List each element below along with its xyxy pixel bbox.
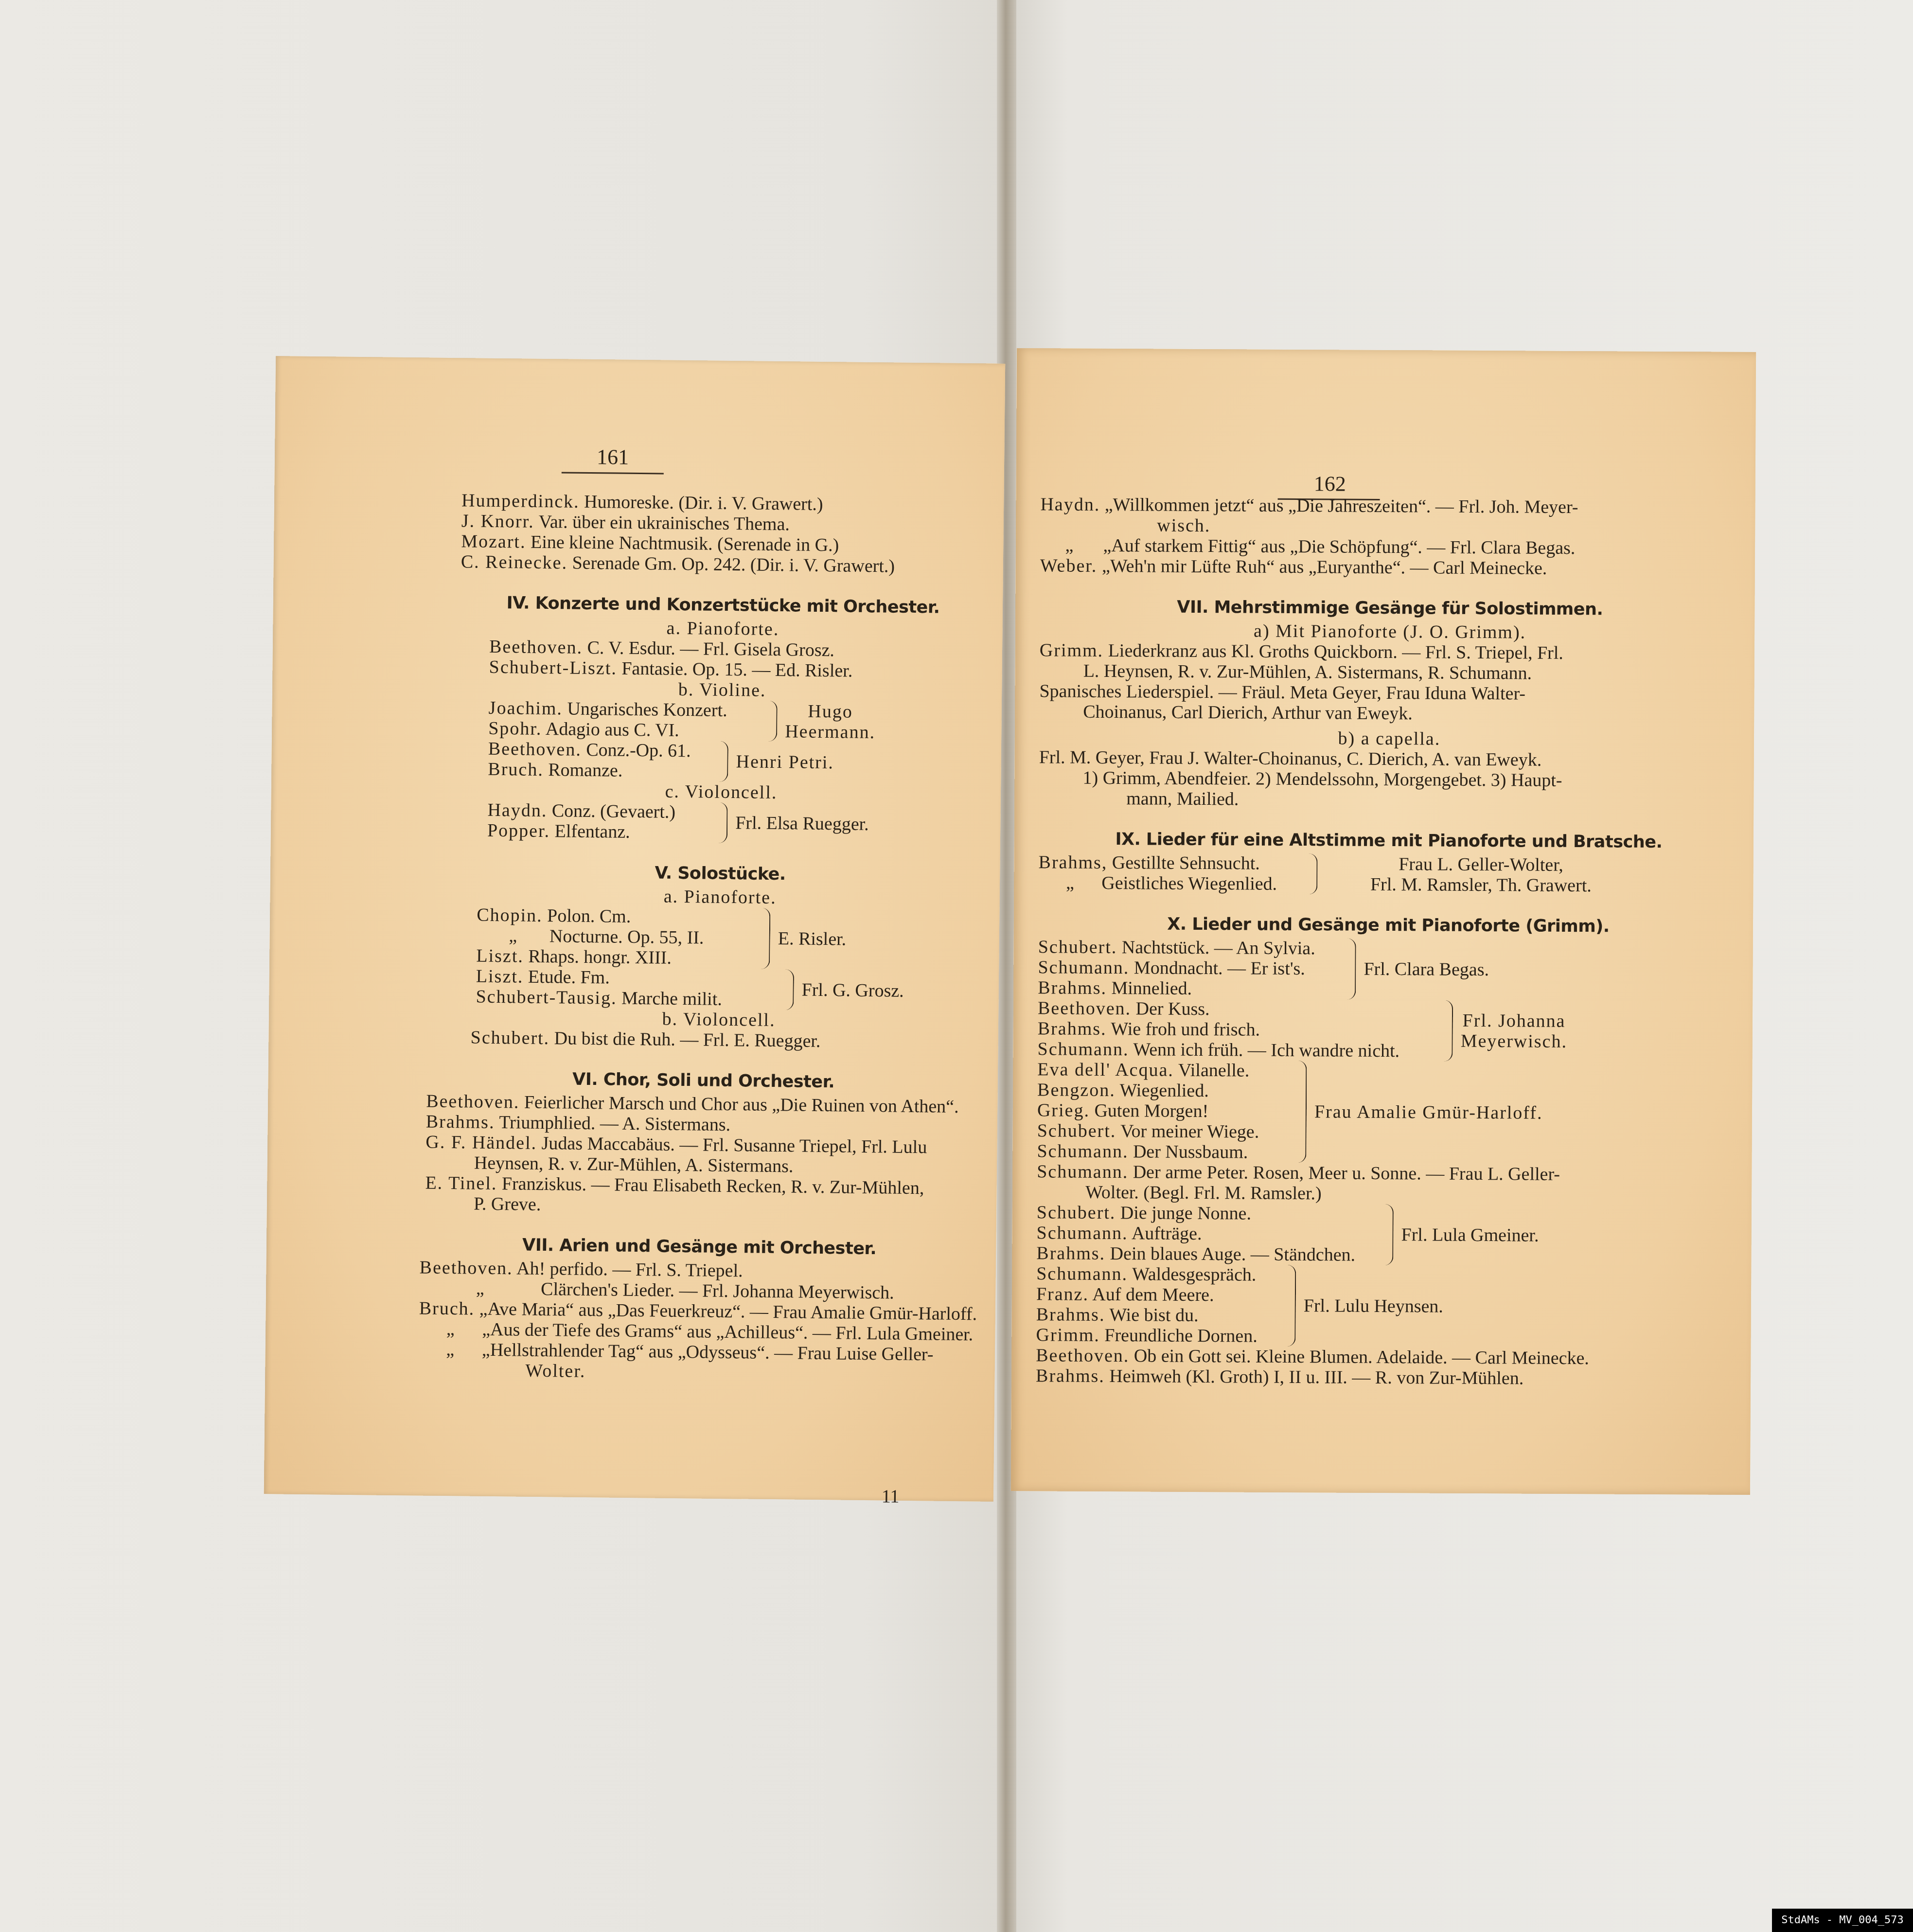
list-item: Schumann. Mondnacht. — Er ist's. xyxy=(1038,957,1339,979)
bracket-group: Schumann. Waldesgespräch. Franz. Auf dem… xyxy=(1036,1263,1736,1349)
performer: Frl. Elsa Ruegger. xyxy=(735,813,869,834)
brace-icon xyxy=(1293,1061,1307,1163)
performer: Frau Amalie Gmür-Harloff. xyxy=(1314,1101,1543,1123)
right-page-body: Haydn. „Willkommen jetzt“ aus „Die Jahre… xyxy=(1036,494,1741,1390)
list-item: Chopin. Polon. Cm. xyxy=(477,905,754,928)
brace-icon xyxy=(781,969,794,1010)
performer: Frl. Johanna xyxy=(1461,1010,1568,1031)
brace-icon xyxy=(715,741,728,782)
bracket-group: Schubert. Nachtstück. — An Sylvia. Schum… xyxy=(1038,937,1738,1002)
list-item: Haydn. „Willkommen jetzt“ aus „Die Jahre… xyxy=(1040,494,1740,518)
brace-icon xyxy=(764,701,778,742)
section-vi: VI. Chor, Soli und Orchester. Beethoven.… xyxy=(425,1068,981,1220)
left-page-body: Humperdinck. Humoreske. (Dir. i. V. Graw… xyxy=(452,490,987,1385)
list-item: Frl. M. Geyer, Frau J. Walter-Choinanus,… xyxy=(1039,747,1739,771)
page-number: 162 xyxy=(1281,471,1379,496)
list-item: Grimm. Freundliche Dornen. xyxy=(1036,1325,1279,1347)
intro-list: Haydn. „Willkommen jetzt“ aus „Die Jahre… xyxy=(1040,494,1741,580)
brace-icon xyxy=(1440,1000,1453,1062)
list-item: Bengzon. Wiegenlied. xyxy=(1037,1080,1290,1101)
performer: Henri Petri. xyxy=(736,751,834,773)
list-item: Schubert. Die junge Nonne. xyxy=(1037,1202,1377,1224)
list-item: Schumann. Der Nussbaum. xyxy=(1037,1141,1290,1163)
list-item: Schubert. Vor meiner Wiege. xyxy=(1037,1120,1290,1142)
list-item: Beethoven. Conz.-Op. 61. xyxy=(488,739,712,762)
performer: Frl. Clara Begas. xyxy=(1364,959,1489,980)
bracket-group: Joachim. Ungarisches Konzert. Spohr. Ada… xyxy=(459,697,985,744)
list-item: „Geistliches Wiegenlied. xyxy=(1038,872,1301,894)
list-item-continuation: L. Heynsen, R. v. Zur-Mühlen, A. Sisterm… xyxy=(1040,660,1740,685)
list-item: Haydn. Conz. (Gevaert.) xyxy=(487,800,711,823)
brace-icon xyxy=(1283,1265,1296,1347)
performer: Frl. Lula Gmeiner. xyxy=(1401,1224,1539,1245)
section-heading: V. Solostücke. xyxy=(458,861,983,886)
brace-icon xyxy=(1381,1204,1394,1265)
list-item: Beethoven. Der Kuss. xyxy=(1038,998,1436,1020)
section-viii: VII. Mehrstimmige Gesänge für Solostimme… xyxy=(1039,596,1740,812)
list-item: „ „Auf starkem Fittig“ aus „Die Schöpfun… xyxy=(1040,535,1740,559)
bracket-group: Haydn. Conz. (Gevaert.) Popper. Elfentan… xyxy=(458,799,984,846)
bracket-group: Eva dell' Acqua. Vilanelle. Bengzon. Wie… xyxy=(1037,1059,1737,1165)
archive-watermark: StdAMs - MV_004_573 xyxy=(1772,1909,1913,1932)
list-item: Grimm. Liederkranz aus Kl. Groths Quickb… xyxy=(1040,640,1740,664)
performer: E. Risler. xyxy=(778,928,847,949)
list-item: Brahms, Gestillte Sehnsucht. xyxy=(1039,852,1301,874)
performer: Heermann. xyxy=(785,721,875,743)
list-item: Schumann. Aufträge. xyxy=(1037,1223,1377,1245)
list-item: Weber. „Weh'n mir Lüfte Ruh“ aus „Euryan… xyxy=(1040,555,1740,580)
brace-icon xyxy=(1305,853,1317,894)
list-item-continuation: Choinanus, Carl Dierich, Arthur van Ewey… xyxy=(1039,701,1739,726)
list-item-continuation: mann, Mailied. xyxy=(1039,788,1739,812)
list-item: Spohr. Adagio aus C. VI. xyxy=(488,718,761,742)
page-number-rule xyxy=(562,472,664,474)
section-heading: VII. Arien und Gesänge mit Orchester. xyxy=(420,1234,979,1260)
list-item-continuation: wisch. xyxy=(1040,514,1740,539)
section-ix: IX. Lieder für eine Altstimme mit Pianof… xyxy=(1038,829,1739,897)
list-item: „Nocturne. Op. 55, II. xyxy=(477,925,754,949)
page-number: 161 xyxy=(564,444,662,470)
list-item: Franz. Auf dem Meere. xyxy=(1036,1284,1279,1306)
performer: Frau L. Geller-Wolter, xyxy=(1326,853,1637,875)
performer: Frl. M. Ramsler, Th. Grawert. xyxy=(1325,874,1636,896)
right-page-162: 162 Haydn. „Willkommen jetzt“ aus „Die J… xyxy=(1011,348,1756,1495)
list-item: Schubert-Tausig. Marche milit. xyxy=(476,987,777,1010)
list-item: Eva dell' Acqua. Vilanelle. xyxy=(1037,1059,1290,1081)
bracket-group: Schubert. Die junge Nonne. Schumann. Auf… xyxy=(1036,1202,1737,1267)
list-item: Brahms. Wie bist du. xyxy=(1036,1304,1279,1326)
list-item: Liszt. Etude. Fm. xyxy=(476,966,778,990)
section-heading: X. Lieder und Gesänge mit Pianoforte (Gr… xyxy=(1038,913,1738,938)
list-item: Schubert. Nachtstück. — An Sylvia. xyxy=(1038,937,1340,958)
section-vii: VII. Arien und Gesänge mit Orchester. Be… xyxy=(418,1234,979,1385)
bracket-group: Liszt. Etude. Fm. Schubert-Tausig. March… xyxy=(456,966,982,1012)
section-heading: IX. Lieder für eine Altstimme mit Pianof… xyxy=(1039,829,1739,853)
list-item: Brahms. Heimweh (Kl. Groth) I, II u. III… xyxy=(1036,1365,1736,1390)
performer: Hugo xyxy=(785,701,875,722)
section-iv: IV. Konzerte und Konzertstücke mit Orche… xyxy=(458,592,986,846)
list-item: Schumann. Der arme Peter. Rosen, Meer u.… xyxy=(1037,1161,1737,1186)
list-item: Brahms. Dein blaues Auge. — Ständchen. xyxy=(1036,1243,1377,1265)
list-item: Brahms. Wie froh und frisch. xyxy=(1038,1018,1436,1041)
performer: Frl. G. Grosz. xyxy=(801,980,903,1001)
subsection-heading: b) a capella. xyxy=(1039,727,1739,751)
section-heading: VI. Chor, Soli und Orchester. xyxy=(426,1068,981,1094)
signature-mark: 11 xyxy=(882,1486,900,1507)
brace-icon xyxy=(1343,939,1356,1000)
list-item: Beethoven. Ob ein Gott sei. Kleine Blume… xyxy=(1036,1345,1736,1369)
section-v: V. Solostücke. a. Pianoforte. Chopin. Po… xyxy=(456,861,983,1053)
list-item: Bruch. Romanze. xyxy=(488,759,711,782)
list-item: Popper. Elfentanz. xyxy=(487,820,711,843)
subsection-heading: a) Mit Pianoforte (J. O. Grimm). xyxy=(1040,620,1740,644)
section-heading: VII. Mehrstimmige Gesänge für Solostimme… xyxy=(1040,596,1740,620)
section-x: X. Lieder und Gesänge mit Pianoforte (Gr… xyxy=(1036,913,1738,1390)
list-item-continuation: 1) Grimm, Abendfeier. 2) Mendelssohn, Mo… xyxy=(1039,767,1739,792)
list-item: Spanisches Liederspiel. — Fräul. Meta Ge… xyxy=(1039,681,1739,705)
bracket-group: Beethoven. Der Kuss. Brahms. Wie froh un… xyxy=(1038,998,1738,1063)
intro-list: Humperdinck. Humoreske. (Dir. i. V. Graw… xyxy=(461,490,987,577)
bracket-group: Brahms, Gestillte Sehnsucht. „Geistliche… xyxy=(1038,852,1738,897)
bracket-group: Chopin. Polon. Cm. „Nocturne. Op. 55, II… xyxy=(457,904,982,971)
list-item: Schumann. Waldesgespräch. xyxy=(1036,1263,1279,1285)
list-item: Schumann. Wenn ich früh. — Ich wandre ni… xyxy=(1038,1039,1436,1061)
section-heading: IV. Konzerte und Konzertstücke mit Orche… xyxy=(461,592,986,618)
left-page-161: 161 Humperdinck. Humoreske. (Dir. i. V. … xyxy=(264,356,1005,1502)
list-item-continuation: Wolter. (Begl. Frl. M. Ramsler.) xyxy=(1037,1182,1737,1206)
list-item: Brahms. Minnelied. xyxy=(1038,977,1339,999)
brace-icon xyxy=(715,802,728,843)
list-item: Grieg. Guten Morgen! xyxy=(1037,1100,1290,1122)
list-item: Joachim. Ungarisches Konzert. xyxy=(489,698,761,721)
performer: Meyerwisch. xyxy=(1461,1031,1568,1052)
list-item: Liszt. Rhaps. hongr. XIII. xyxy=(476,946,753,969)
bracket-group: Beethoven. Conz.-Op. 61. Bruch. Romanze.… xyxy=(459,738,984,784)
performer: Frl. Lulu Heynsen. xyxy=(1304,1295,1443,1317)
brace-icon xyxy=(757,908,770,969)
